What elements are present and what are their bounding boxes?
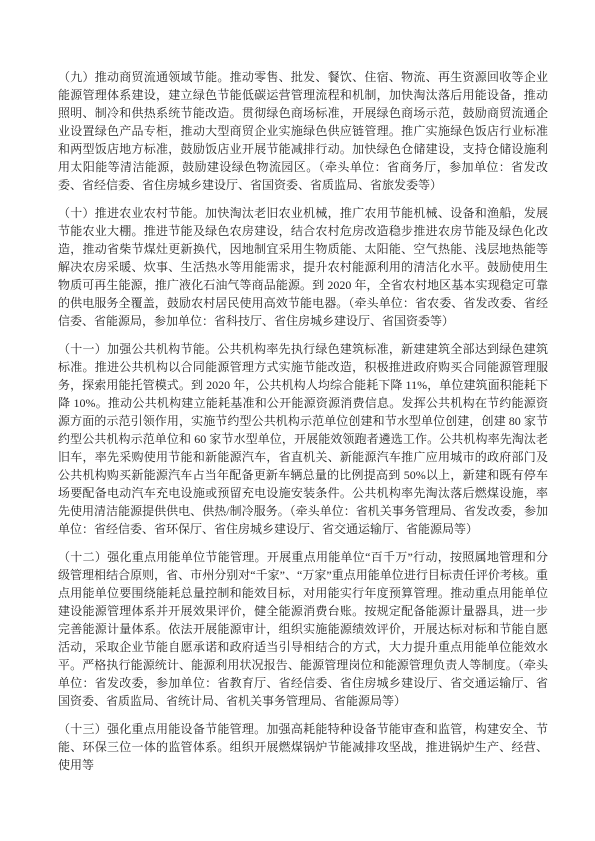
paragraph-item-10: （十）推进农业农村节能。加快淘汰老旧农业机械，推广农用节能机械、设备和渔船，发展… (58, 204, 548, 330)
document-text-block: （九）推动商贸流通领域节能。推动零售、批发、餐饮、住宿、物流、再生资源回收等企业… (58, 68, 548, 774)
paragraph-item-12: （十二）强化重点用能单位节能管理。开展重点用能单位“百千万”行动，按照属地管理和… (58, 548, 548, 710)
paragraph-item-11: （十一）加强公共机构节能。公共机构率先执行绿色建筑标准，新建建筑全部达到绿色建筑… (58, 340, 548, 538)
paragraph-item-13: （十三）强化重点用能设备节能管理。加强高耗能特种设备节能审查和监管，构建安全、节… (58, 720, 548, 774)
paragraph-item-9: （九）推动商贸流通领域节能。推动零售、批发、餐饮、住宿、物流、再生资源回收等企业… (58, 68, 548, 194)
document-page: （九）推动商贸流通领域节能。推动零售、批发、餐饮、住宿、物流、再生资源回收等企业… (0, 0, 595, 841)
